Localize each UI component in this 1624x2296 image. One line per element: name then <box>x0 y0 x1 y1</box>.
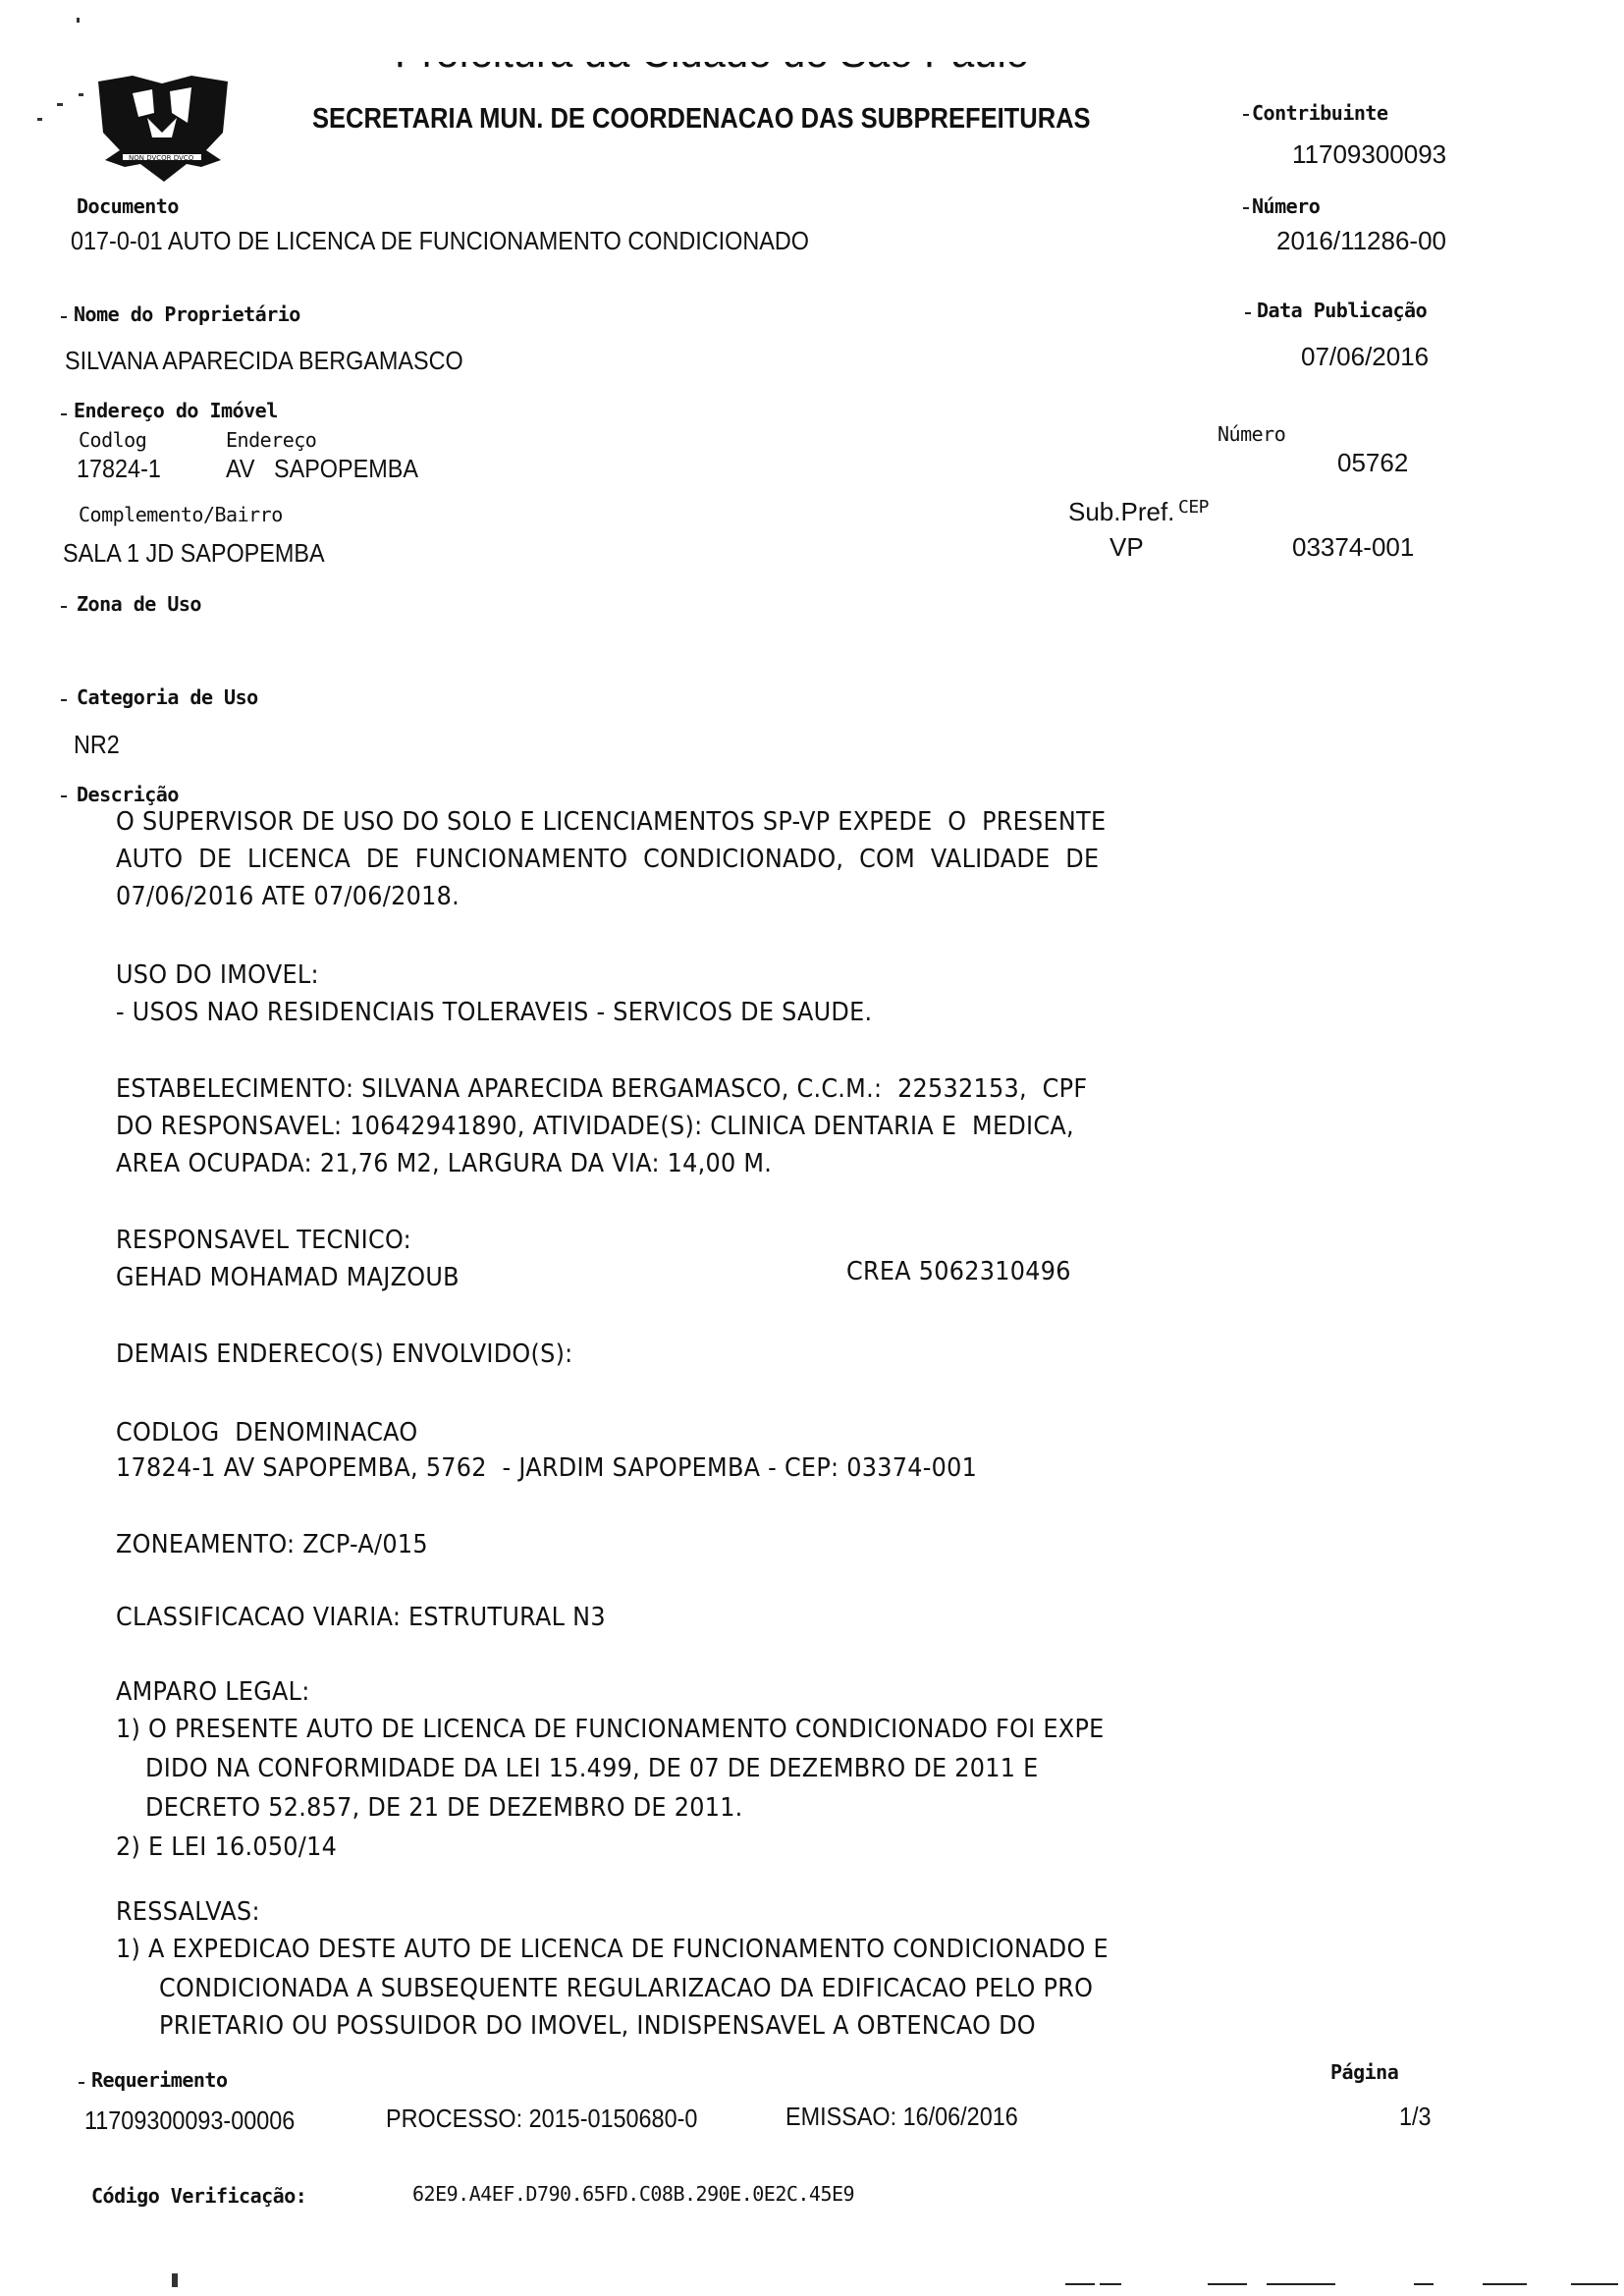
codlog-denominacao-row: 17824-1 AV SAPOPEMBA, 5762 - JARDIM SAPO… <box>116 1453 977 1483</box>
endereco-label: Endereço <box>226 428 316 452</box>
descricao-line: 07/06/2016 ATE 07/06/2018. <box>116 882 460 911</box>
complemento-label: Complemento/Bairro <box>79 503 283 526</box>
ressalvas-heading: RESSALVAS: <box>116 1897 260 1927</box>
cep-value: 03374-001 <box>1292 532 1414 563</box>
estabelecimento-line: ESTABELECIMENTO: SILVANA APARECIDA BERGA… <box>116 1074 1087 1104</box>
descricao-line: AUTO DE LICENCA DE FUNCIONAMENTO CONDICI… <box>116 845 1099 874</box>
categoria-uso-label: Categoria de Uso <box>77 685 258 709</box>
scan-speck <box>79 93 83 96</box>
endereco-value: AV SAPOPEMBA <box>226 454 418 484</box>
data-publicacao-value: 07/06/2016 <box>1301 342 1429 372</box>
proprietario-value: SILVANA APARECIDA BERGAMASCO <box>65 346 463 376</box>
scan-rule <box>1100 2283 1121 2285</box>
ressalvas-item: PRIETARIO OU POSSUIDOR DO IMOVEL, INDISP… <box>159 2011 1036 2041</box>
subpref-label: Sub.Pref. <box>1068 497 1174 527</box>
processo-value: PROCESSO: 2015-0150680-0 <box>386 2104 697 2134</box>
responsavel-tecnico-heading: RESPONSAVEL TECNICO: <box>116 1226 411 1255</box>
codigo-verificacao-label: Código Verificação: <box>91 2184 306 2208</box>
descricao-line: O SUPERVISOR DE USO DO SOLO E LICENCIAME… <box>116 807 1106 837</box>
scan-rule <box>1414 2283 1434 2285</box>
subpref-value: VP <box>1110 532 1144 563</box>
ressalvas-item: 1) A EXPEDICAO DESTE AUTO DE LICENCA DE … <box>116 1935 1109 1964</box>
amparo-legal-item: DIDO NA CONFORMIDADE DA LEI 15.499, DE 0… <box>145 1754 1039 1783</box>
scan-speck <box>57 103 63 106</box>
uso-imovel-line: - USOS NAO RESIDENCIAIS TOLERAVEIS - SER… <box>116 998 872 1027</box>
cep-label: CEP <box>1178 497 1209 518</box>
contribuinte-label: Contribuinte <box>1252 101 1388 125</box>
scan-rule <box>1267 2283 1335 2285</box>
numero-doc-value: 2016/11286-00 <box>1276 226 1446 256</box>
department-title: SECRETARIA MUN. DE COORDENACAO DAS SUBPR… <box>312 103 1091 136</box>
codlog-label: Codlog <box>79 428 146 452</box>
scan-speck <box>172 2273 178 2287</box>
descricao-label: Descrição <box>77 783 179 806</box>
proprietario-label: Nome do Proprietário <box>74 302 300 326</box>
requerimento-value: 11709300093-00006 <box>84 2105 295 2136</box>
numero-value: 05762 <box>1337 448 1408 478</box>
codlog-value: 17824-1 <box>77 454 161 484</box>
contribuinte-value: 11709300093 <box>1292 139 1446 170</box>
documento-label: Documento <box>77 194 179 218</box>
scan-rule <box>1483 2283 1527 2285</box>
header-clipped-title: Prefeitura da Cidade de São Paulo <box>395 62 1029 78</box>
complemento-value: SALA 1 JD SAPOPEMBA <box>63 538 325 569</box>
scan-rule <box>1571 2283 1618 2285</box>
scan-rule <box>1208 2283 1247 2285</box>
estabelecimento-line: DO RESPONSAVEL: 10642941890, ATIVIDADE(S… <box>116 1112 1074 1141</box>
zona-uso-label: Zona de Uso <box>77 592 201 616</box>
endereco-imovel-label: Endereço do Imóvel <box>74 399 278 422</box>
svg-text:NON DVCOR DVCO: NON DVCOR DVCO <box>129 154 194 162</box>
amparo-legal-item: 1) O PRESENTE AUTO DE LICENCA DE FUNCION… <box>116 1715 1105 1744</box>
scan-rule <box>1065 2283 1095 2285</box>
scan-speck <box>37 118 42 121</box>
numero-label: Número <box>1218 422 1285 446</box>
ressalvas-item: CONDICIONADA A SUBSEQUENTE REGULARIZACAO… <box>159 1974 1093 2003</box>
amparo-legal-item: 2) E LEI 16.050/14 <box>116 1832 337 1862</box>
requerimento-label: Requerimento <box>91 2068 228 2092</box>
codigo-verificacao-value: 62E9.A4EF.D790.65FD.C08B.290E.0E2C.45E9 <box>412 2182 854 2206</box>
documento-value: 017-0-01 AUTO DE LICENCA DE FUNCIONAMENT… <box>71 226 809 256</box>
categoria-uso-value: NR2 <box>74 730 120 760</box>
coat-of-arms-icon: NON DVCOR DVCO <box>93 74 233 184</box>
data-publicacao-label: Data Publicação <box>1257 299 1427 322</box>
pagina-value: 1/3 <box>1399 2102 1432 2132</box>
codlog-denominacao-header: CODLOG DENOMINACAO <box>116 1418 417 1448</box>
amparo-legal-heading: AMPARO LEGAL: <box>116 1677 310 1707</box>
responsavel-tecnico-crea: CREA 5062310496 <box>846 1257 1071 1286</box>
clipped-title-region: Prefeitura da Cidade de São Paulo <box>383 62 1129 89</box>
responsavel-tecnico-name: GEHAD MOHAMAD MAJZOUB <box>116 1263 460 1292</box>
classificacao-viaria-line: CLASSIFICACAO VIARIA: ESTRUTURAL N3 <box>116 1603 606 1632</box>
demais-enderecos-heading: DEMAIS ENDERECO(S) ENVOLVIDO(S): <box>116 1339 573 1369</box>
estabelecimento-line: AREA OCUPADA: 21,76 M2, LARGURA DA VIA: … <box>116 1149 772 1178</box>
emissao-value: EMISSAO: 16/06/2016 <box>785 2102 1018 2132</box>
uso-imovel-heading: USO DO IMOVEL: <box>116 960 319 990</box>
scan-speck <box>77 18 80 23</box>
amparo-legal-item: DECRETO 52.857, DE 21 DE DEZEMBRO DE 201… <box>145 1793 743 1823</box>
pagina-label: Página <box>1330 2060 1398 2084</box>
zoneamento-line: ZONEAMENTO: ZCP-A/015 <box>116 1530 428 1559</box>
numero-doc-label: Número <box>1252 194 1320 218</box>
